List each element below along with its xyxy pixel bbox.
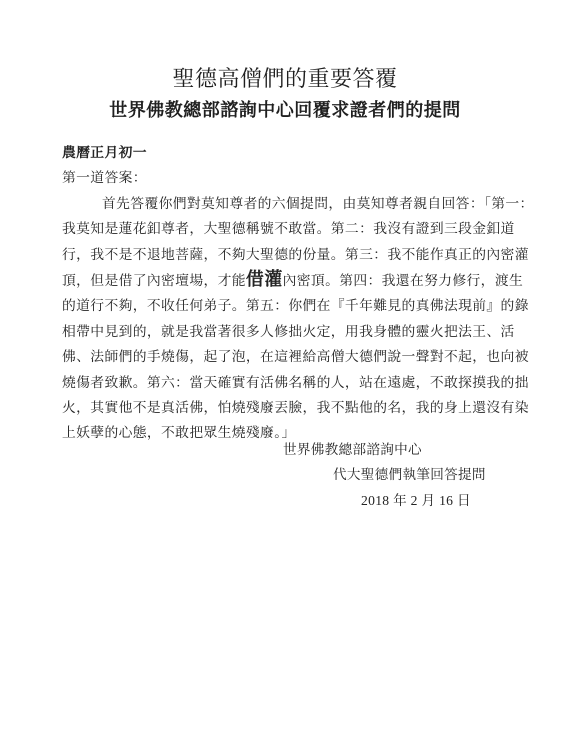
signature-date: 2018 年 2 月 16 日 (0, 488, 570, 513)
paragraph-line-1: 首先答覆你們對莫知尊者的六個提問，由莫知尊者親自回答：「第一： (62, 191, 523, 216)
paragraph-line-7: 佛、法師們的手燒傷，起了泡，在這裡給高僧大德們說一聲對不起，也向被 (62, 344, 523, 369)
paragraph-line-4-post: 內密頂。第四：我還在努力修行，渡生 (283, 273, 524, 288)
paragraph-line-9: 火，其實他不是真活佛，怕燒殘廢丟臉，我不點他的名，我的身上還沒有染 (62, 395, 523, 420)
lunar-date-line: 農曆正月初一 (62, 140, 523, 165)
paragraph-line-5: 的道行不夠，不收任何弟子。第五：你們在『千年難見的真佛法現前』的錄 (62, 293, 523, 318)
signature-block: 世界佛教總部諮詢中心 代大聖德們執筆回答提問 2018 年 2 月 16 日 (0, 437, 570, 513)
paragraph-line-4-pre: 頂，但是借了內密壇場，才能 (62, 273, 246, 288)
document-title: 聖德高僧們的重要答覆 (0, 62, 570, 93)
paragraph-line-6: 相帶中見到的，就是我當著很多人修拙火定，用我身體的靈火把法王、活 (62, 319, 523, 344)
document-subtitle: 世界佛教總部諮詢中心回覆求證者們的提問 (0, 96, 570, 122)
answer-heading: 第一道答案： (62, 165, 523, 190)
paragraph-line-3: 行，我不是不退地菩薩，不夠大聖德的份量。第三：我不能作真正的內密灌 (62, 242, 523, 267)
paragraph-line-8: 燒傷者致歉。第六：當天確實有活佛名稱的人，站在遠處，不敢探摸我的拙 (62, 370, 523, 395)
paragraph-line-2: 我莫知是蓮花釦尊者，大聖德稱號不敢當。第二：我沒有證到三段金釦道 (62, 216, 523, 241)
signature-role: 代大聖德們執筆回答提問 (0, 462, 570, 487)
document-body: 農曆正月初一 第一道答案： 首先答覆你們對莫知尊者的六個提問，由莫知尊者親自回答… (62, 140, 523, 446)
document-page: 聖德高僧們的重要答覆 世界佛教總部諮詢中心回覆求證者們的提問 農曆正月初一 第一… (0, 0, 570, 738)
signature-organization: 世界佛教總部諮詢中心 (0, 437, 570, 462)
paragraph-line-4: 頂，但是借了內密壇場，才能借灌內密頂。第四：我還在努力修行，渡生 (62, 267, 523, 293)
emphasized-term: 借灌 (246, 269, 283, 289)
